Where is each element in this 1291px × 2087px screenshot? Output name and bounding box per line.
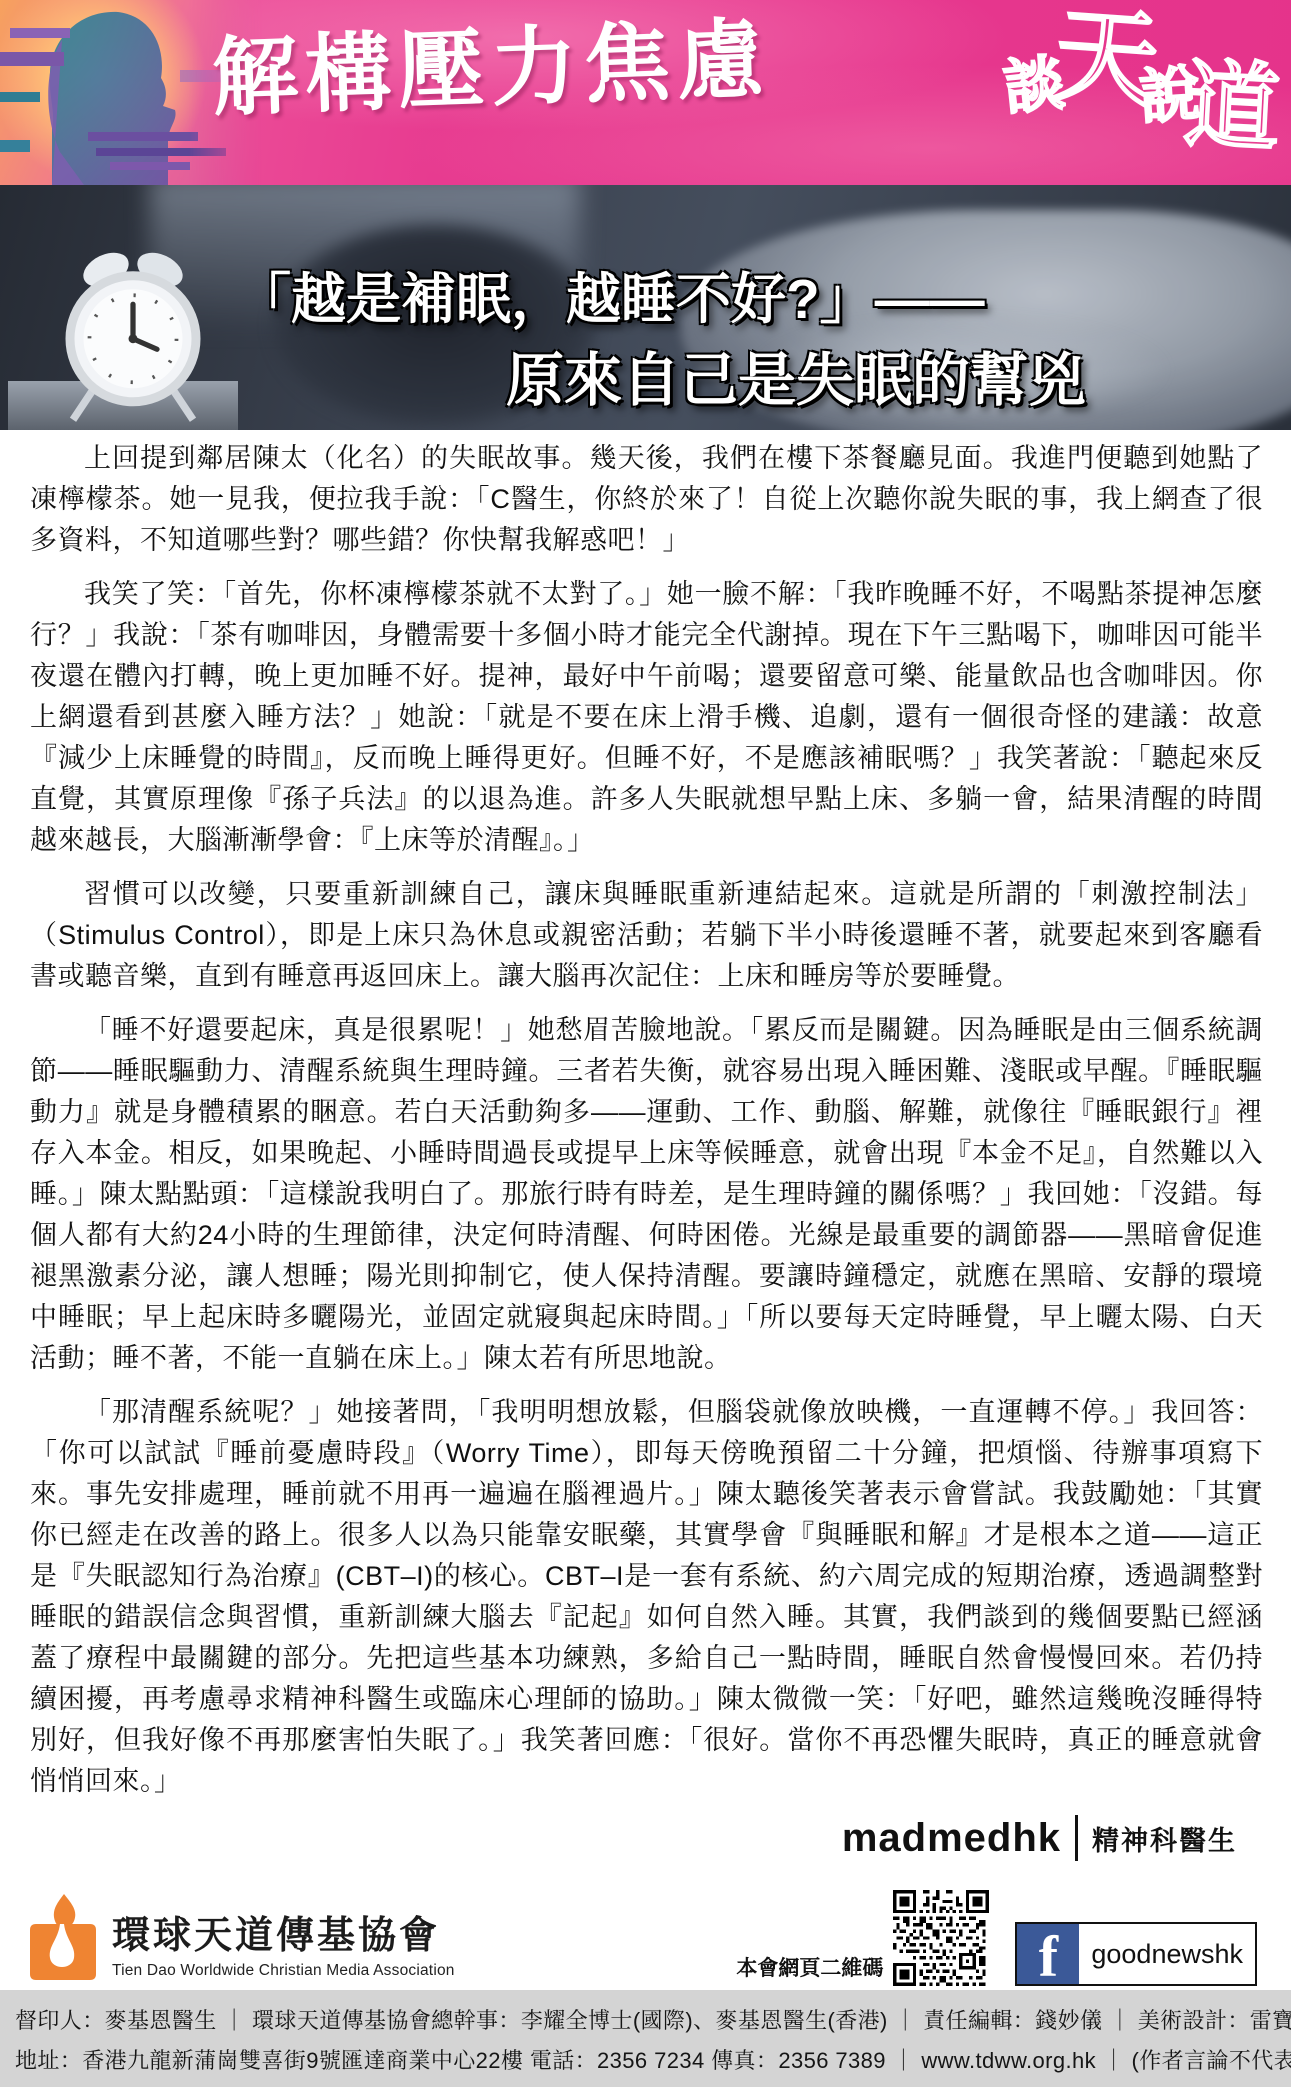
facebook-handle: goodnewshk	[1079, 1924, 1255, 1984]
paragraph-4: 「睡不好還要起床，真是很累呢！」她愁眉苦臉地說。「累反而是關鍵。因為睡眠是由三個…	[30, 1010, 1263, 1379]
credits-bar: 督印人：麥基恩醫生 ｜ 環球天道傳基協會總幹事：李耀全博士(國際)、麥基恩醫生(…	[0, 1990, 1291, 2087]
facebook-icon: f	[1017, 1924, 1079, 1984]
paragraph-1: 上回提到鄰居陳太（化名）的失眠故事。幾天後，我們在樓下茶餐廳見面。我進門便聽到她…	[30, 438, 1263, 561]
headline-line1: 「越是補眠，越睡不好?」——	[236, 255, 985, 334]
paragraph-3: 習慣可以改變，只要重新訓練自己，讓床與睡眠重新連結起來。這就是所謂的「刺激控制法…	[30, 874, 1263, 997]
headline-line2: 原來自己是失眠的幫兇	[506, 333, 1086, 417]
qr-section: 本會網頁二維碼	[736, 1890, 989, 1988]
qr-code	[893, 1890, 989, 1986]
byline-divider	[1075, 1815, 1078, 1861]
paragraph-5: 「那清醒系統呢？」她接著問，「我明明想放鬆，但腦袋就像放映機，一直運轉不停。」我…	[30, 1392, 1263, 1802]
newsletter-page: 解構壓力焦慮 談 天 說 道 「越是補眠，越睡不好?」—— 原來自己是失眠的幫兇	[0, 0, 1291, 2087]
candle-flame-icon	[30, 1894, 96, 1980]
footer: 環球天道傳基協會 Tien Dao Worldwide Christian Me…	[30, 1876, 1257, 1988]
paragraph-2: 我笑了笑：「首先，你杯凍檸檬茶就不太對了。」她一臉不解：「我昨晚睡不好，不喝點茶…	[30, 574, 1263, 861]
author-role: 精神科醫生	[1092, 1819, 1237, 1858]
author-name: madmedhk	[842, 1816, 1061, 1861]
qr-caption: 本會網頁二維碼	[736, 1952, 883, 1986]
facebook-badge[interactable]: f goodnewshk	[1015, 1922, 1257, 1986]
hero-photo: 「越是補眠，越睡不好?」—— 原來自己是失眠的幫兇	[0, 185, 1291, 430]
brand-logo: 談 天 說 道	[1002, 8, 1267, 178]
organization-logo: 環球天道傳基協會 Tien Dao Worldwide Christian Me…	[30, 1894, 455, 1988]
brand-char-4: 道	[1182, 58, 1283, 159]
org-name-english: Tien Dao Worldwide Christian Media Assoc…	[112, 1962, 455, 1980]
org-name-chinese: 環球天道傳基協會	[112, 1916, 455, 1958]
article-body: 上回提到鄰居陳太（化名）的失眠故事。幾天後，我們在樓下茶餐廳見面。我進門便聽到她…	[30, 438, 1263, 1861]
column-title-calligraphy: 解構壓力焦慮	[211, 16, 772, 121]
masthead-banner: 解構壓力焦慮 談 天 說 道	[0, 0, 1291, 185]
byline: madmedhk 精神科醫生	[30, 1815, 1237, 1861]
credits-line2: 地址：香港九龍新蒲崗雙喜街9號匯達商業中心22樓 電話：2356 7234 傳真…	[15, 2041, 1276, 2081]
alarm-clock-icon	[58, 247, 208, 429]
organization-name: 環球天道傳基協會 Tien Dao Worldwide Christian Me…	[112, 1916, 455, 1980]
credits-line1: 督印人：麥基恩醫生 ｜ 環球天道傳基協會總幹事：李耀全博士(國際)、麥基恩醫生(…	[15, 2001, 1276, 2041]
